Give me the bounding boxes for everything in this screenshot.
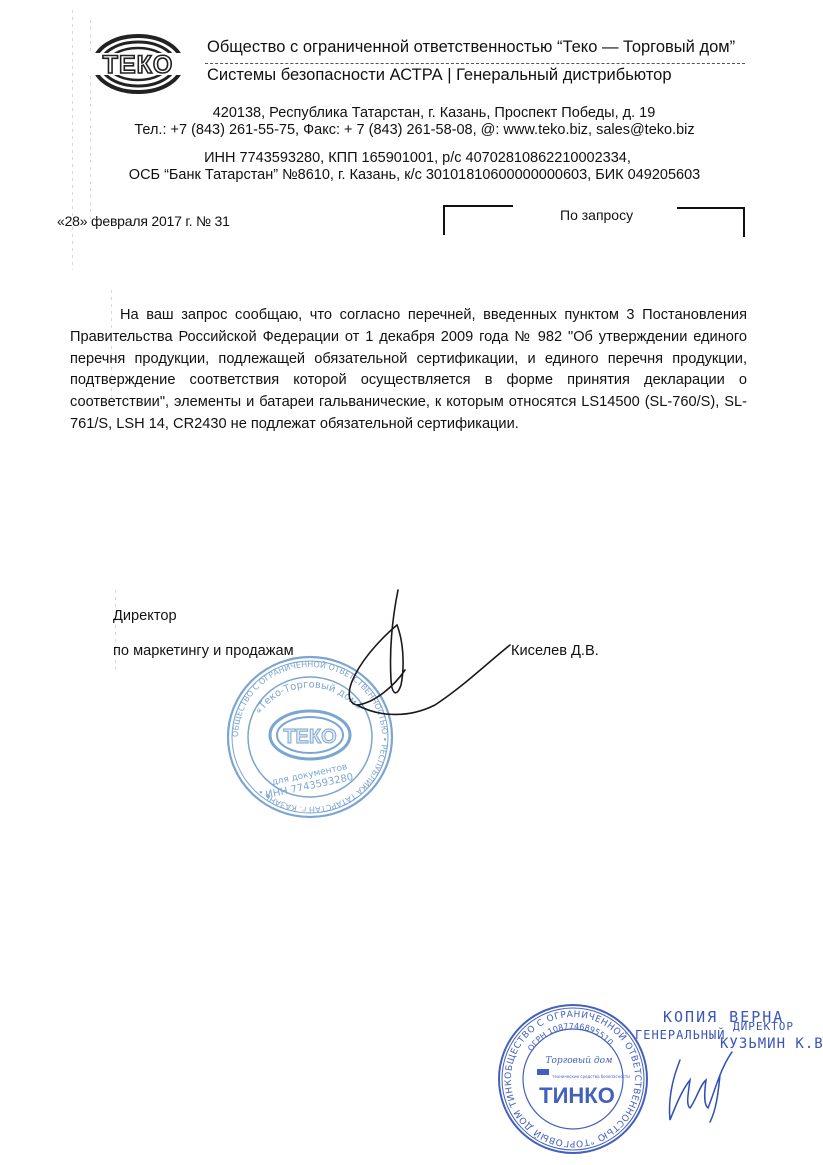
tinko-stamp: ОБЩЕСТВО С ОГРАНИЧЕННОЙ ОТВЕТСТВЕННОСТЬЮ… [497,1003,649,1155]
general-label: ГЕНЕРАЛЬНЫЙ [635,1028,725,1042]
handwritten-signature-icon [285,585,595,725]
org-address: 420138, Республика Татарстан, г. Казань,… [0,105,823,121]
director-signature [285,585,595,725]
org-requisites-1: ИНН 7743593280, КПП 165901001, р/с 40702… [0,150,823,166]
org-requisites-2: ОСБ “Банк Татарстан” №8610, г. Казань, к… [0,167,823,183]
stamp-seal-icon: ОБЩЕСТВО С ОГРАНИЧЕННОЙ ОТВЕТСТВЕННОСТЬЮ… [497,1003,649,1155]
org-name: Общество с ограниченной ответственностью… [207,38,735,57]
corner-mark [443,205,513,235]
signer-title-line1: Директор [113,608,177,624]
handwritten-signature-icon [660,1050,740,1130]
svg-text:ТЕКО: ТЕКО [283,726,336,748]
recipient: По запросу [560,207,633,223]
svg-text:ТИНКО: ТИНКО [539,1083,615,1108]
svg-text:Торговый дом: Торговый дом [546,1056,613,1066]
teko-logo-icon: ТЕКО [78,33,198,95]
org-contacts: Тел.: +7 (843) 261-55-75, Факс: + 7 (843… [0,122,823,138]
svg-text:технические средства безопасно: технические средства безопасности [552,1074,630,1079]
director-label: ДИРЕКТОР [733,1020,794,1033]
date-and-number: «28» февраля 2017 г. № 31 [57,213,230,229]
svg-text:ТЕКО: ТЕКО [103,51,174,79]
teko-logo: ТЕКО [78,33,198,95]
corner-mark [677,207,745,237]
org-subtitle: Системы безопасности АСТРА | Генеральный… [207,66,672,85]
general-director-signature [660,1050,740,1130]
header-divider [205,63,745,64]
letter-body: На ваш запрос сообщаю, что согласно пере… [70,305,747,436]
scan-artifact [72,10,73,270]
